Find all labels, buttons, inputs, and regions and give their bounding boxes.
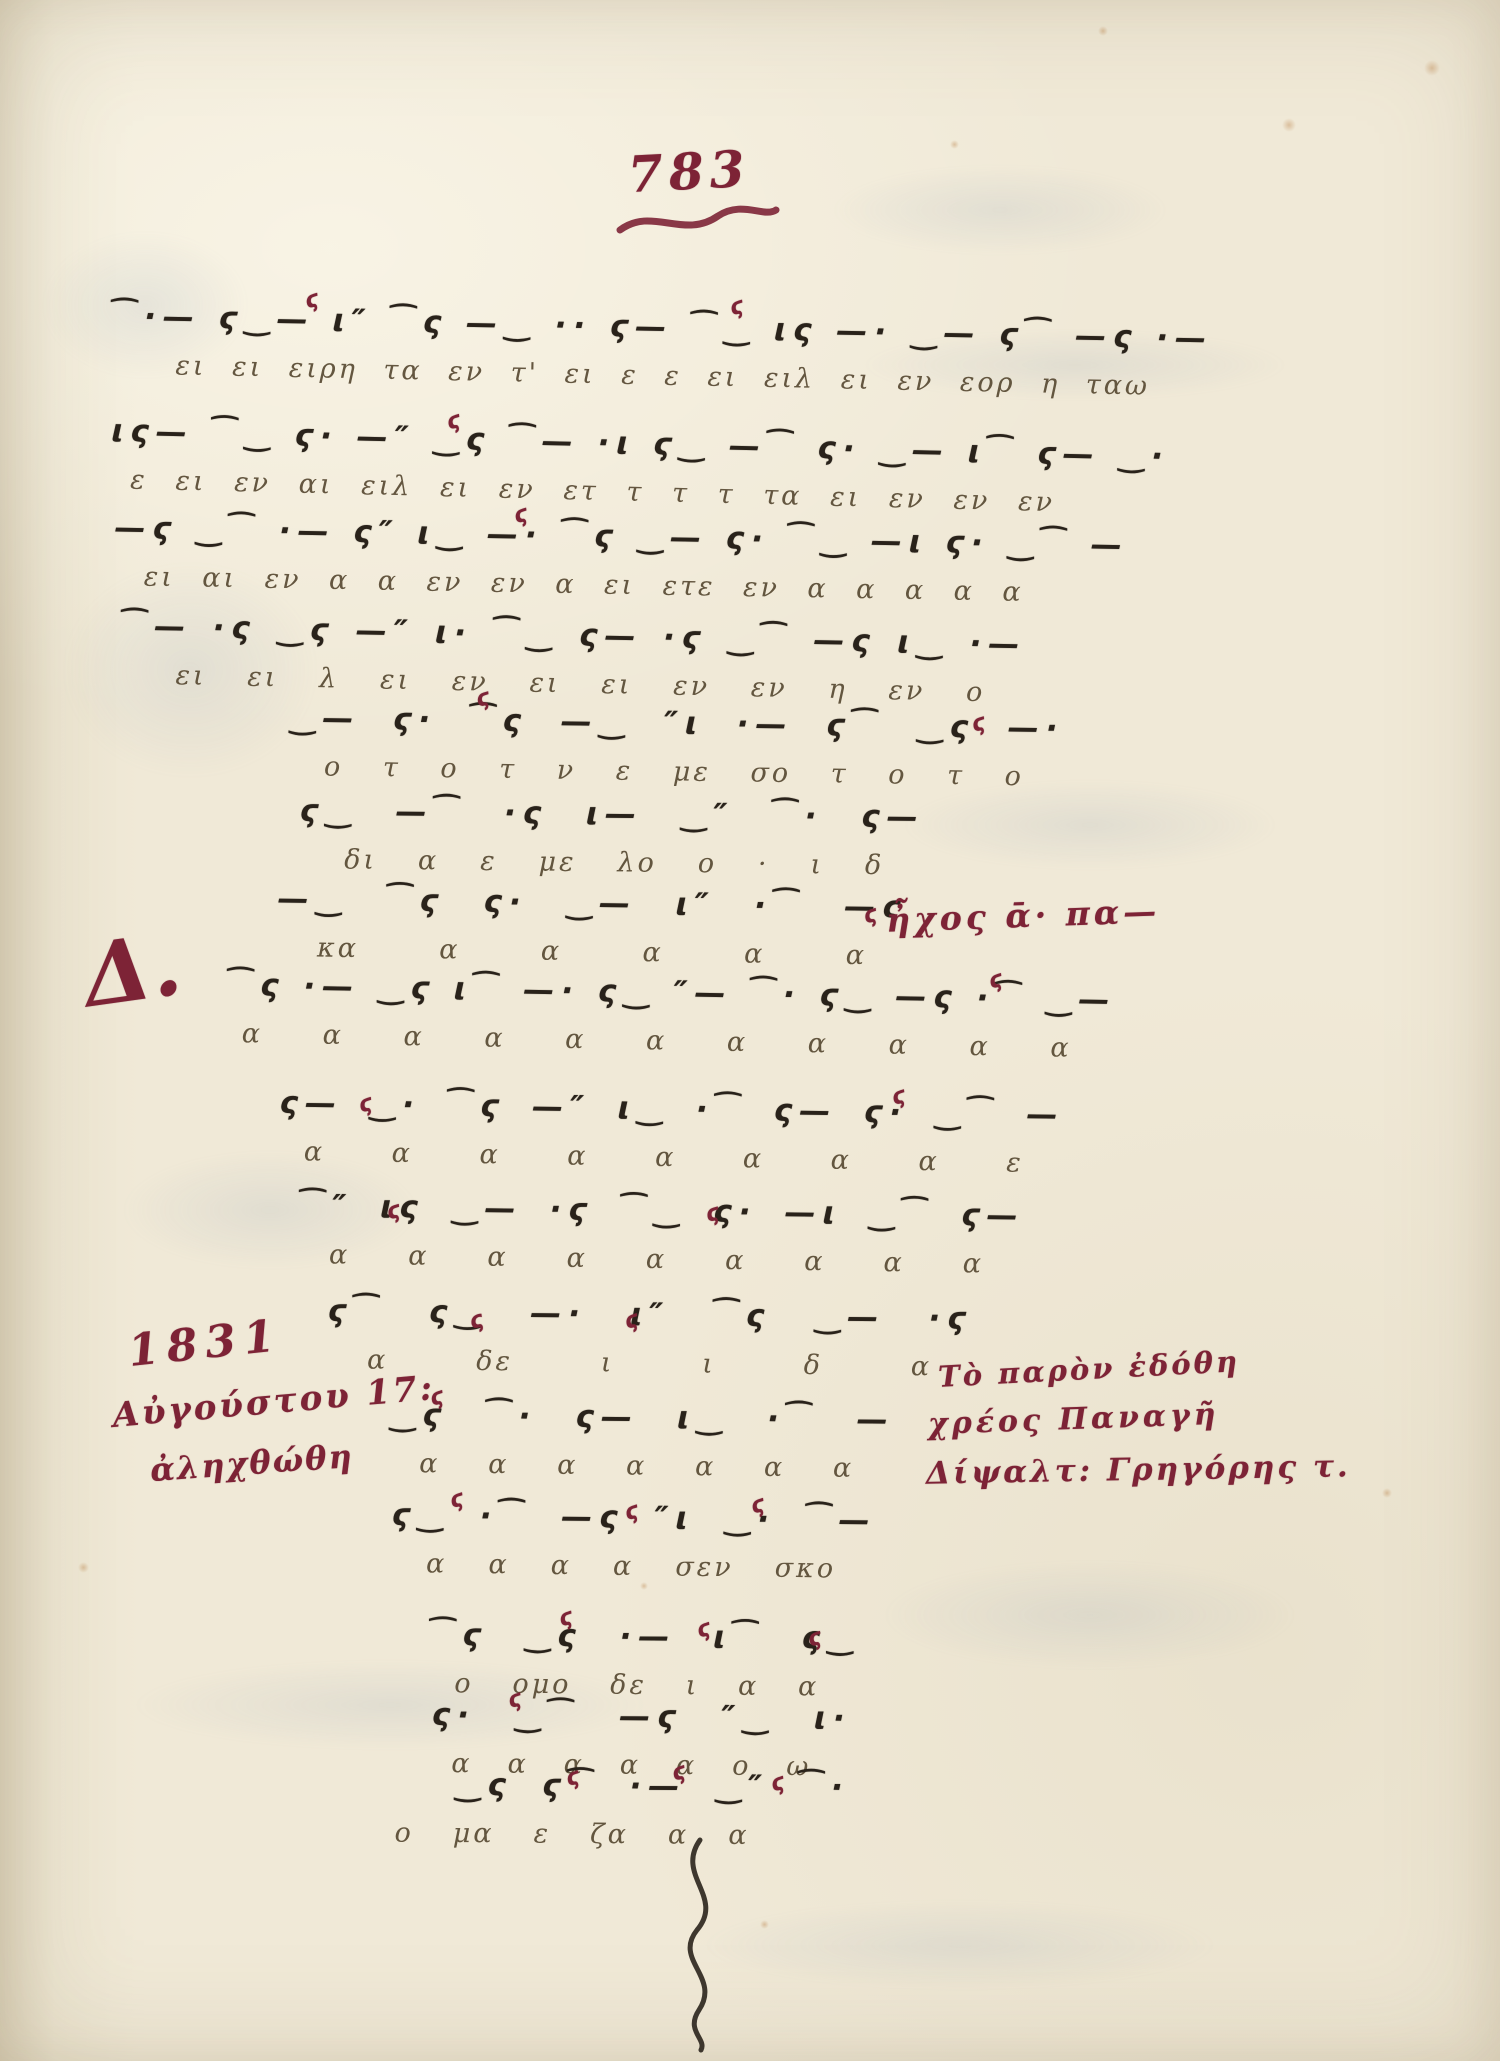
lyric-row: ει ει ειρη τα εν τ' ει ε ε ει ειλ ει εν …	[175, 350, 1035, 400]
foxing-spot	[640, 1582, 648, 1590]
notation-system: ⁀ϛ ‿ς ·— ι⁀ ς‿ ο ομο δε ι α α ϛϛϛ	[429, 1612, 860, 1704]
notation-system: ‿ς ϛ⁀ ·— ‿″ ⁀· ο μα ε ζα α α ϛϛϛ	[454, 1762, 850, 1853]
ownership-note-line1: Τὸ παρὸν ἐδόθη	[937, 1344, 1241, 1394]
neume-row: ⁀″ ις ‿— ·ϛ ⁀‿ ς· —ι ‿⁀ ϛ—	[299, 1183, 1025, 1239]
lyric-row: δι α ε με λο ο · ι δ	[344, 844, 884, 882]
notation-system: ⁀·— ϛ‿— ι″ ⁀ς —‿ ·· ϛ— ⁀‿ ις —· ‿— ϛ⁀ —ς…	[110, 293, 1077, 401]
neume-row: ‿ς ϛ⁀ ·— ‿″ ⁀·	[455, 1762, 850, 1811]
lyric-row: α δε ι ι δ α	[367, 1344, 932, 1383]
notation-system: ⁀ς ·— ‿ϛ ι⁀ —· ς‿ ″— ⁀· ϛ‿ —ς ·⁀ ‿— α α …	[226, 962, 1112, 1065]
neume-row: ‿ϛ ⁀· ς— ι‿ ·⁀ —	[390, 1392, 895, 1443]
notation-system: —ϛ ‿⁀ ·— ς″ ι‿ —· ⁀ϛ ‿— ς· ⁀‿ —ι ϛ· ‿⁀ —…	[113, 505, 1064, 610]
page-number: 783	[627, 139, 752, 204]
neume-row: ⁀ς ·— ‿ϛ ι⁀ —· ς‿ ″— ⁀· ϛ‿ —ς ·⁀ ‿—	[227, 962, 1113, 1023]
initial-letter-delta: Δ.	[78, 922, 186, 1021]
neume-row: ⁀·— ϛ‿— ι″ ⁀ς —‿ ·· ϛ— ⁀‿ ις —· ‿— ϛ⁀ —ς…	[111, 293, 1077, 359]
notation-system: —‿ ⁀ϛ ς· ‿— ι″ ·⁀ —ς κα α α α α α ϛ	[277, 876, 908, 973]
foxing-spot	[1098, 26, 1108, 36]
neume-row: ς— ‿· ⁀ϛ —″ ι‿ ·⁀ ς— ϛ· ‿⁀ —	[279, 1080, 1065, 1138]
neume-row: ϛ⁀ ς‿ —· ι″ ⁀ς ‿— ·ϛ	[327, 1288, 973, 1342]
bleed-through	[830, 165, 1170, 255]
ownership-note-line2: χρέος Παναγῆ	[927, 1397, 1220, 1442]
neume-row: ‿— ϛ· ⁀ς —‿ ″ι ·— ϛ⁀ ‿ς —·	[289, 695, 1065, 752]
foxing-spot	[1382, 1488, 1392, 1498]
ownership-note-line3: Δίψαλτ: Γρηγόρης τ.	[926, 1448, 1351, 1491]
lyric-row: α α α α α α α α α α α	[241, 1018, 1071, 1064]
foxing-spot	[1282, 118, 1296, 132]
foxing-spot	[1424, 60, 1440, 76]
mode-indication: ἦχος ᾱ· πα—	[885, 891, 1160, 940]
notation-system: ϛ‿ —⁀ ·ς ι— ‿″ ⁀· ς— δι α ε με λο ο · ι …	[299, 788, 925, 883]
bleed-through	[700, 1900, 1220, 1990]
foxing-spot	[760, 1920, 769, 1929]
final-flourish	[655, 1835, 745, 2055]
page-number-flourish	[612, 198, 782, 244]
notation-system: ις— ⁀‿ ϛ· —″ ‿ς ⁀— ·ι ϛ‿ —⁀ ς· ‿— ι⁀ ϛ— …	[110, 408, 1097, 520]
notation-system: ‿— ϛ· ⁀ς —‿ ″ι ·— ϛ⁀ ‿ς —· ο τ ο τ ν ε μ…	[289, 695, 1065, 794]
margin-date-day: Αὐγούστου 17:	[111, 1368, 437, 1436]
neume-row: ⁀ϛ ‿ς ·— ι⁀ ς‿	[430, 1612, 860, 1662]
notation-system: ϛ‿ ·⁀ —ς ″ι ‿· ⁀— α α α α σεν σκο ϛϛϛ	[391, 1492, 877, 1586]
bleed-through	[880, 1560, 1300, 1670]
neume-row: ς· ‿⁀ —ϛ ″‿ ι·	[432, 1692, 852, 1742]
margin-date-year: 1831	[126, 1310, 285, 1377]
neume-row: —‿ ⁀ϛ ς· ‿— ι″ ·⁀ —ς	[277, 876, 908, 931]
notation-system: ⁀″ ις ‿— ·ϛ ⁀‿ ς· —ι ‿⁀ ϛ— α α α α α α α…	[299, 1183, 1025, 1281]
neume-row: ⁀— ·ς ‿ϛ —″ ι· ⁀‿ ς— ·ϛ ‿⁀ —ς ι‿ ·—	[121, 603, 1027, 668]
bleed-through	[900, 780, 1280, 870]
foxing-spot	[950, 140, 959, 149]
neume-row: ϛ‿ —⁀ ·ς ι— ‿″ ⁀· ς—	[300, 788, 925, 841]
manuscript-page: 783 ⁀·— ϛ‿— ι″ ⁀ς —‿ ·· ϛ— ⁀‿ ις —· ‿— ϛ…	[0, 0, 1500, 2061]
margin-date-word: ἀληχθώθη	[149, 1437, 355, 1489]
lyric-row: ο τ ο τ ν ε με σο τ ο τ ο	[324, 751, 1024, 793]
lyric-row: α α α α α α α α α	[329, 1239, 984, 1280]
notation-system: ς— ‿· ⁀ϛ —″ ι‿ ·⁀ ς— ϛ· ‿⁀ — α α α α α α…	[279, 1080, 1065, 1180]
notation-system: ‿ϛ ⁀· ς— ι‿ ·⁀ — α α α α α α α ϛ	[389, 1392, 895, 1485]
lyric-row: α α α α α α α α ε	[304, 1136, 1024, 1179]
lyric-row: α α α α σεν σκο	[426, 1548, 836, 1585]
lyric-row: α α α α α α α	[419, 1448, 854, 1485]
foxing-spot	[78, 1562, 89, 1573]
